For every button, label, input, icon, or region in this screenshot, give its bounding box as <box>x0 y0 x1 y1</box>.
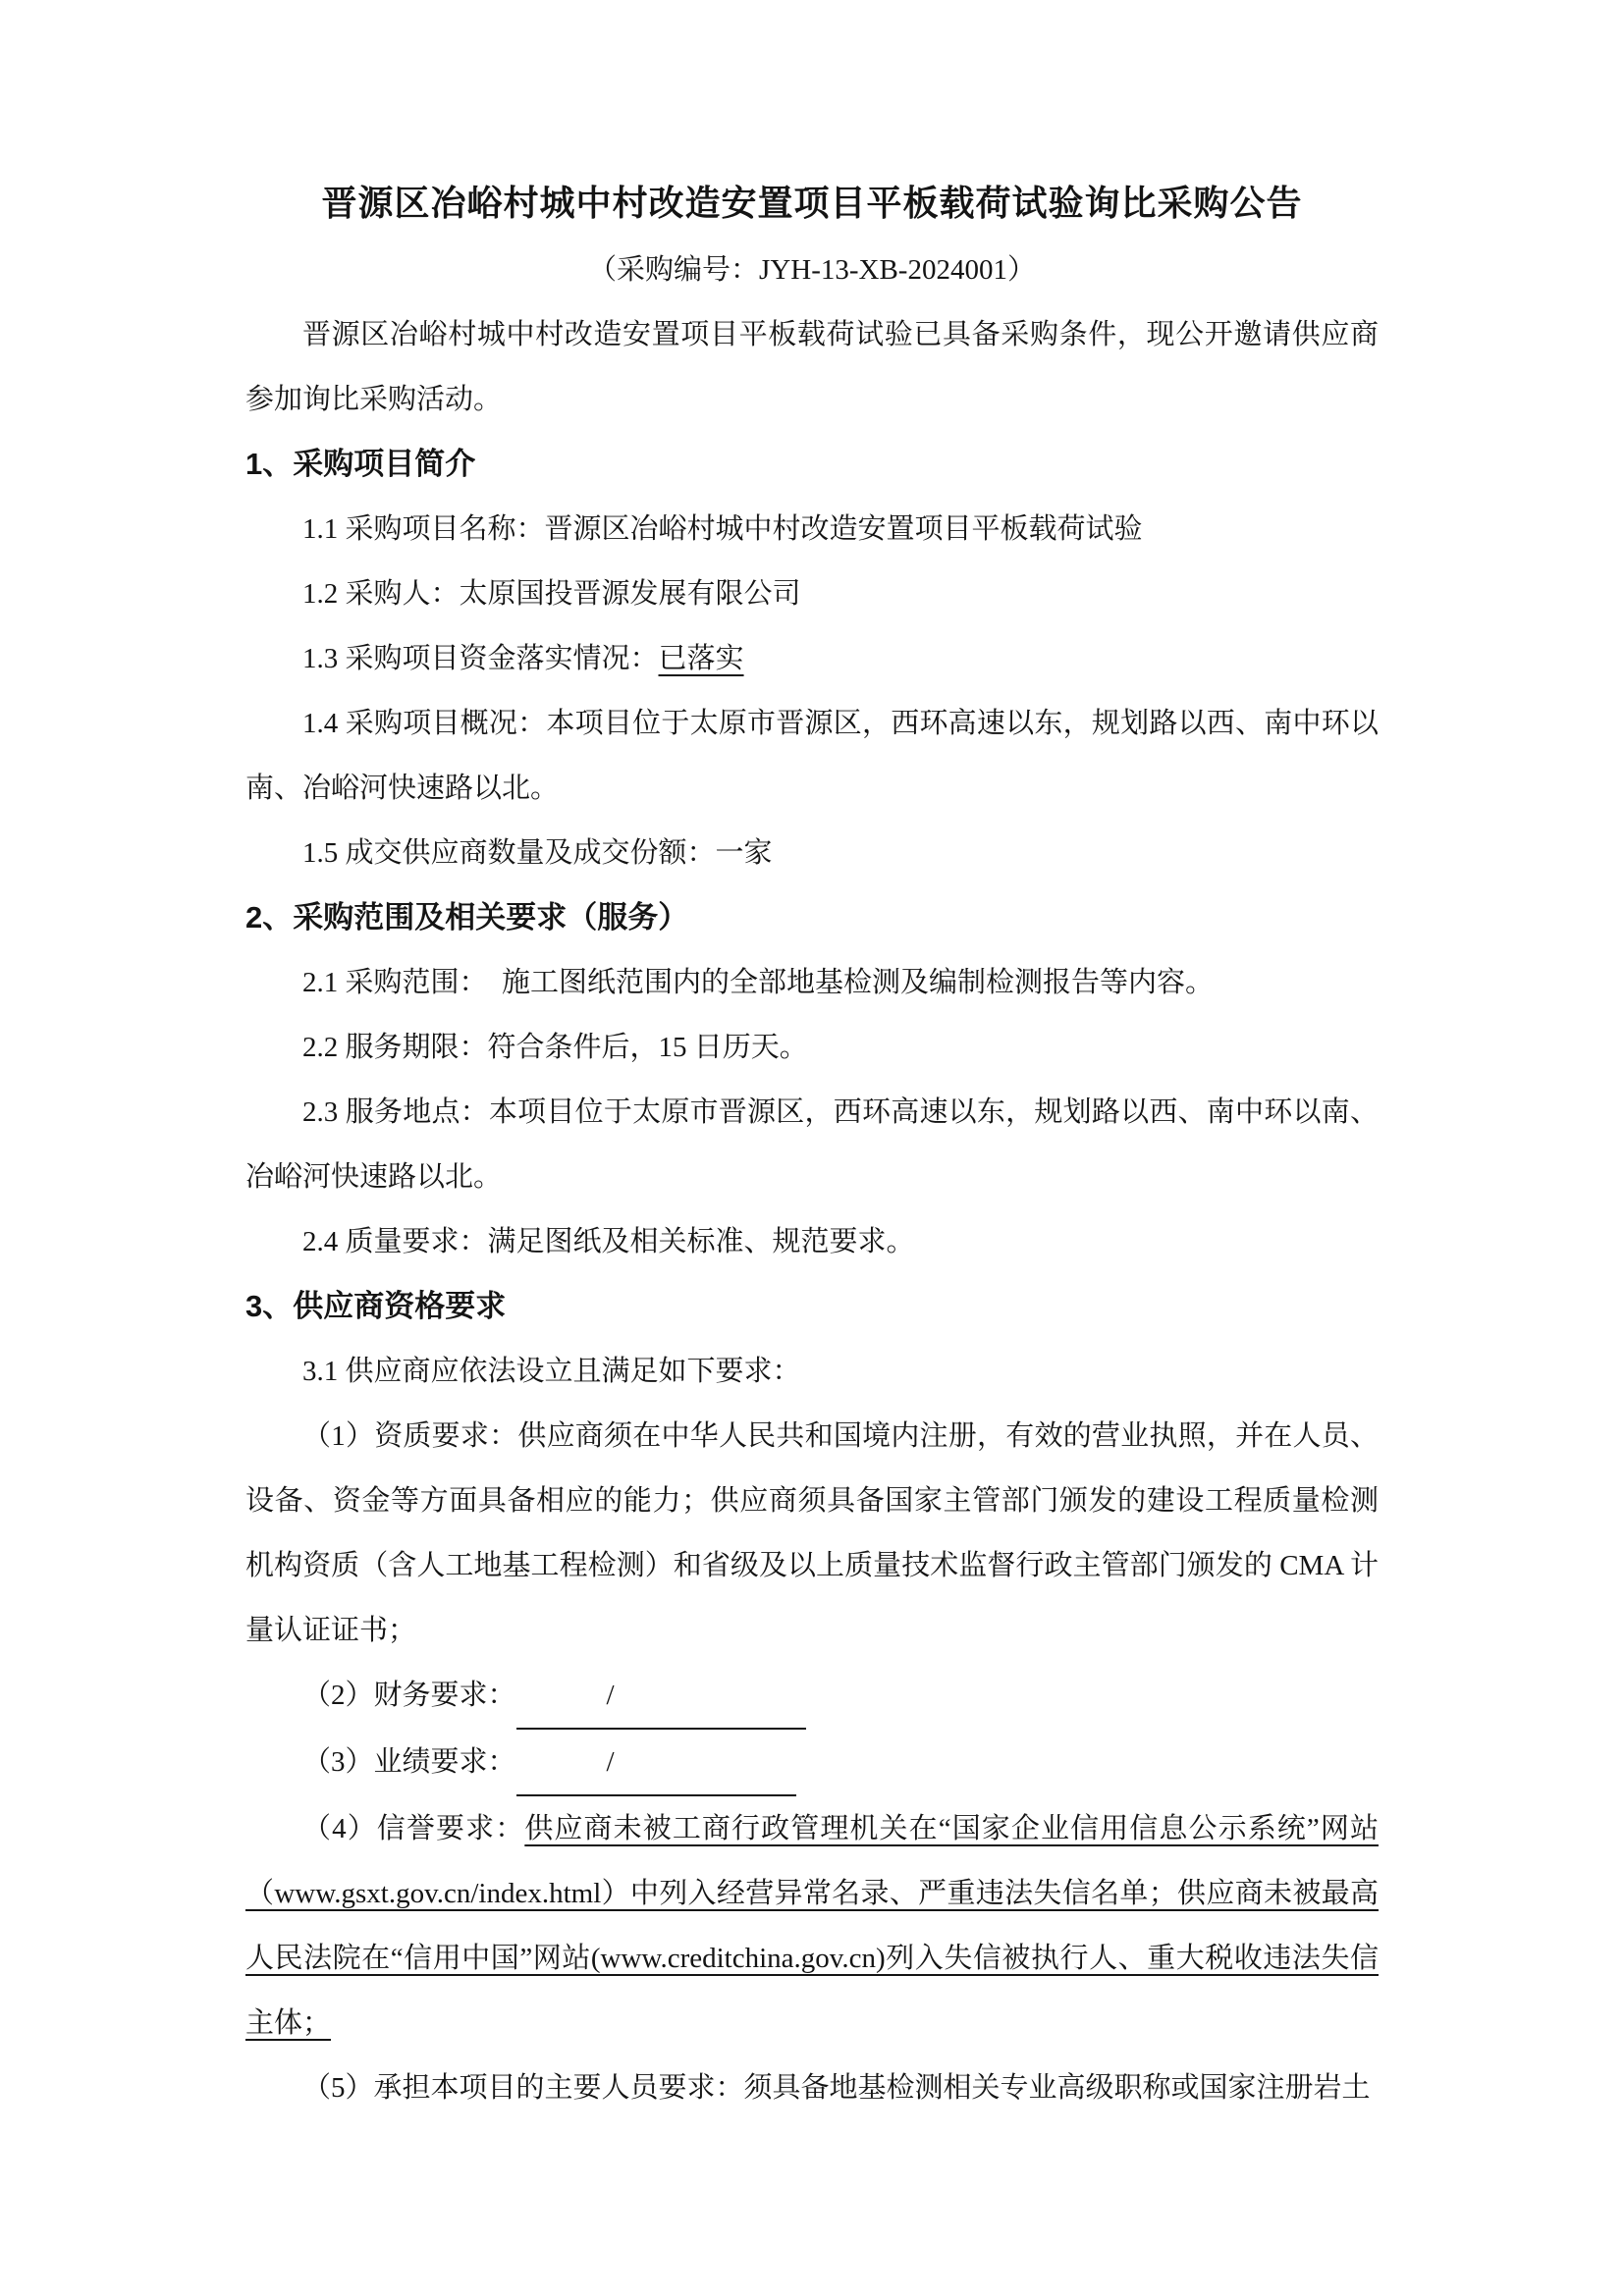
document-title: 晋源区冶峪村城中村改造安置项目平板载荷试验询比采购公告 <box>245 169 1379 238</box>
intro-paragraph: 晋源区冶峪村城中村改造安置项目平板载荷试验已具备采购条件，现公开邀请供应商参加询… <box>245 302 1379 432</box>
document-page: 晋源区冶峪村城中村改造安置项目平板载荷试验询比采购公告 （采购编号：JYH-13… <box>0 0 1624 2296</box>
item-1-4: 1.4 采购项目概况：本项目位于太原市晋源区，西环高速以东，规划路以西、南中环以… <box>245 691 1379 821</box>
item-1-1: 1.1 采购项目名称：晋源区冶峪村城中村改造安置项目平板载荷试验 <box>245 497 1379 561</box>
item-1-2: 1.2 采购人：太原国投晋源发展有限公司 <box>245 561 1379 626</box>
item-1-5: 1.5 成交供应商数量及成交份额：一家 <box>245 821 1379 885</box>
item-2-1: 2.1 采购范围： 施工图纸范围内的全部地基检测及编制检测报告等内容。 <box>245 950 1379 1015</box>
section-2-heading: 2、采购范围及相关要求（服务） <box>245 885 1379 950</box>
item-2-4: 2.4 质量要求：满足图纸及相关标准、规范要求。 <box>245 1209 1379 1274</box>
requirement-4-label: （4）信誉要求： <box>302 1813 524 1844</box>
requirement-1-qualification: （1）资质要求：供应商须在中华人民共和国境内注册，有效的营业执照，并在人员、设备… <box>245 1404 1379 1663</box>
slash-placeholder: / <box>607 1680 615 1711</box>
item-2-3: 2.3 服务地点：本项目位于太原市晋源区，西环高速以东，规划路以西、南中环以南、… <box>245 1080 1379 1209</box>
requirement-3-label: （3）业绩要求： <box>302 1746 516 1778</box>
requirement-3-performance: （3）业绩要求：/ <box>245 1730 1379 1796</box>
performance-blank-line: / <box>516 1730 796 1796</box>
financial-blank-line: / <box>516 1663 806 1730</box>
item-1-3: 1.3 采购项目资金落实情况：已落实 <box>245 626 1379 691</box>
item-2-2: 2.2 服务期限：符合条件后，15 日历天。 <box>245 1015 1379 1080</box>
credit-requirement-underlined: 供应商未被工商行政管理机关在“国家企业信用信息公示系统”网站（www.gsxt.… <box>245 1813 1379 2039</box>
slash-placeholder: / <box>607 1746 615 1778</box>
section-3-heading: 3、供应商资格要求 <box>245 1274 1379 1339</box>
section-1-heading: 1、采购项目简介 <box>245 432 1379 497</box>
funding-status-underlined: 已落实 <box>659 643 744 674</box>
requirement-2-financial: （2）财务要求：/ <box>245 1663 1379 1730</box>
requirement-4-credit: （4）信誉要求：供应商未被工商行政管理机关在“国家企业信用信息公示系统”网站（w… <box>245 1796 1379 2056</box>
requirement-2-label: （2）财务要求： <box>302 1680 516 1711</box>
procurement-number: （采购编号：JYH-13-XB-2024001） <box>245 238 1379 302</box>
item-3-1: 3.1 供应商应依法设立且满足如下要求： <box>245 1339 1379 1404</box>
requirement-5-personnel: （5）承担本项目的主要人员要求：须具备地基检测相关专业高级职称或国家注册岩土 <box>245 2056 1379 2120</box>
item-1-3-label: 1.3 采购项目资金落实情况： <box>302 643 659 674</box>
